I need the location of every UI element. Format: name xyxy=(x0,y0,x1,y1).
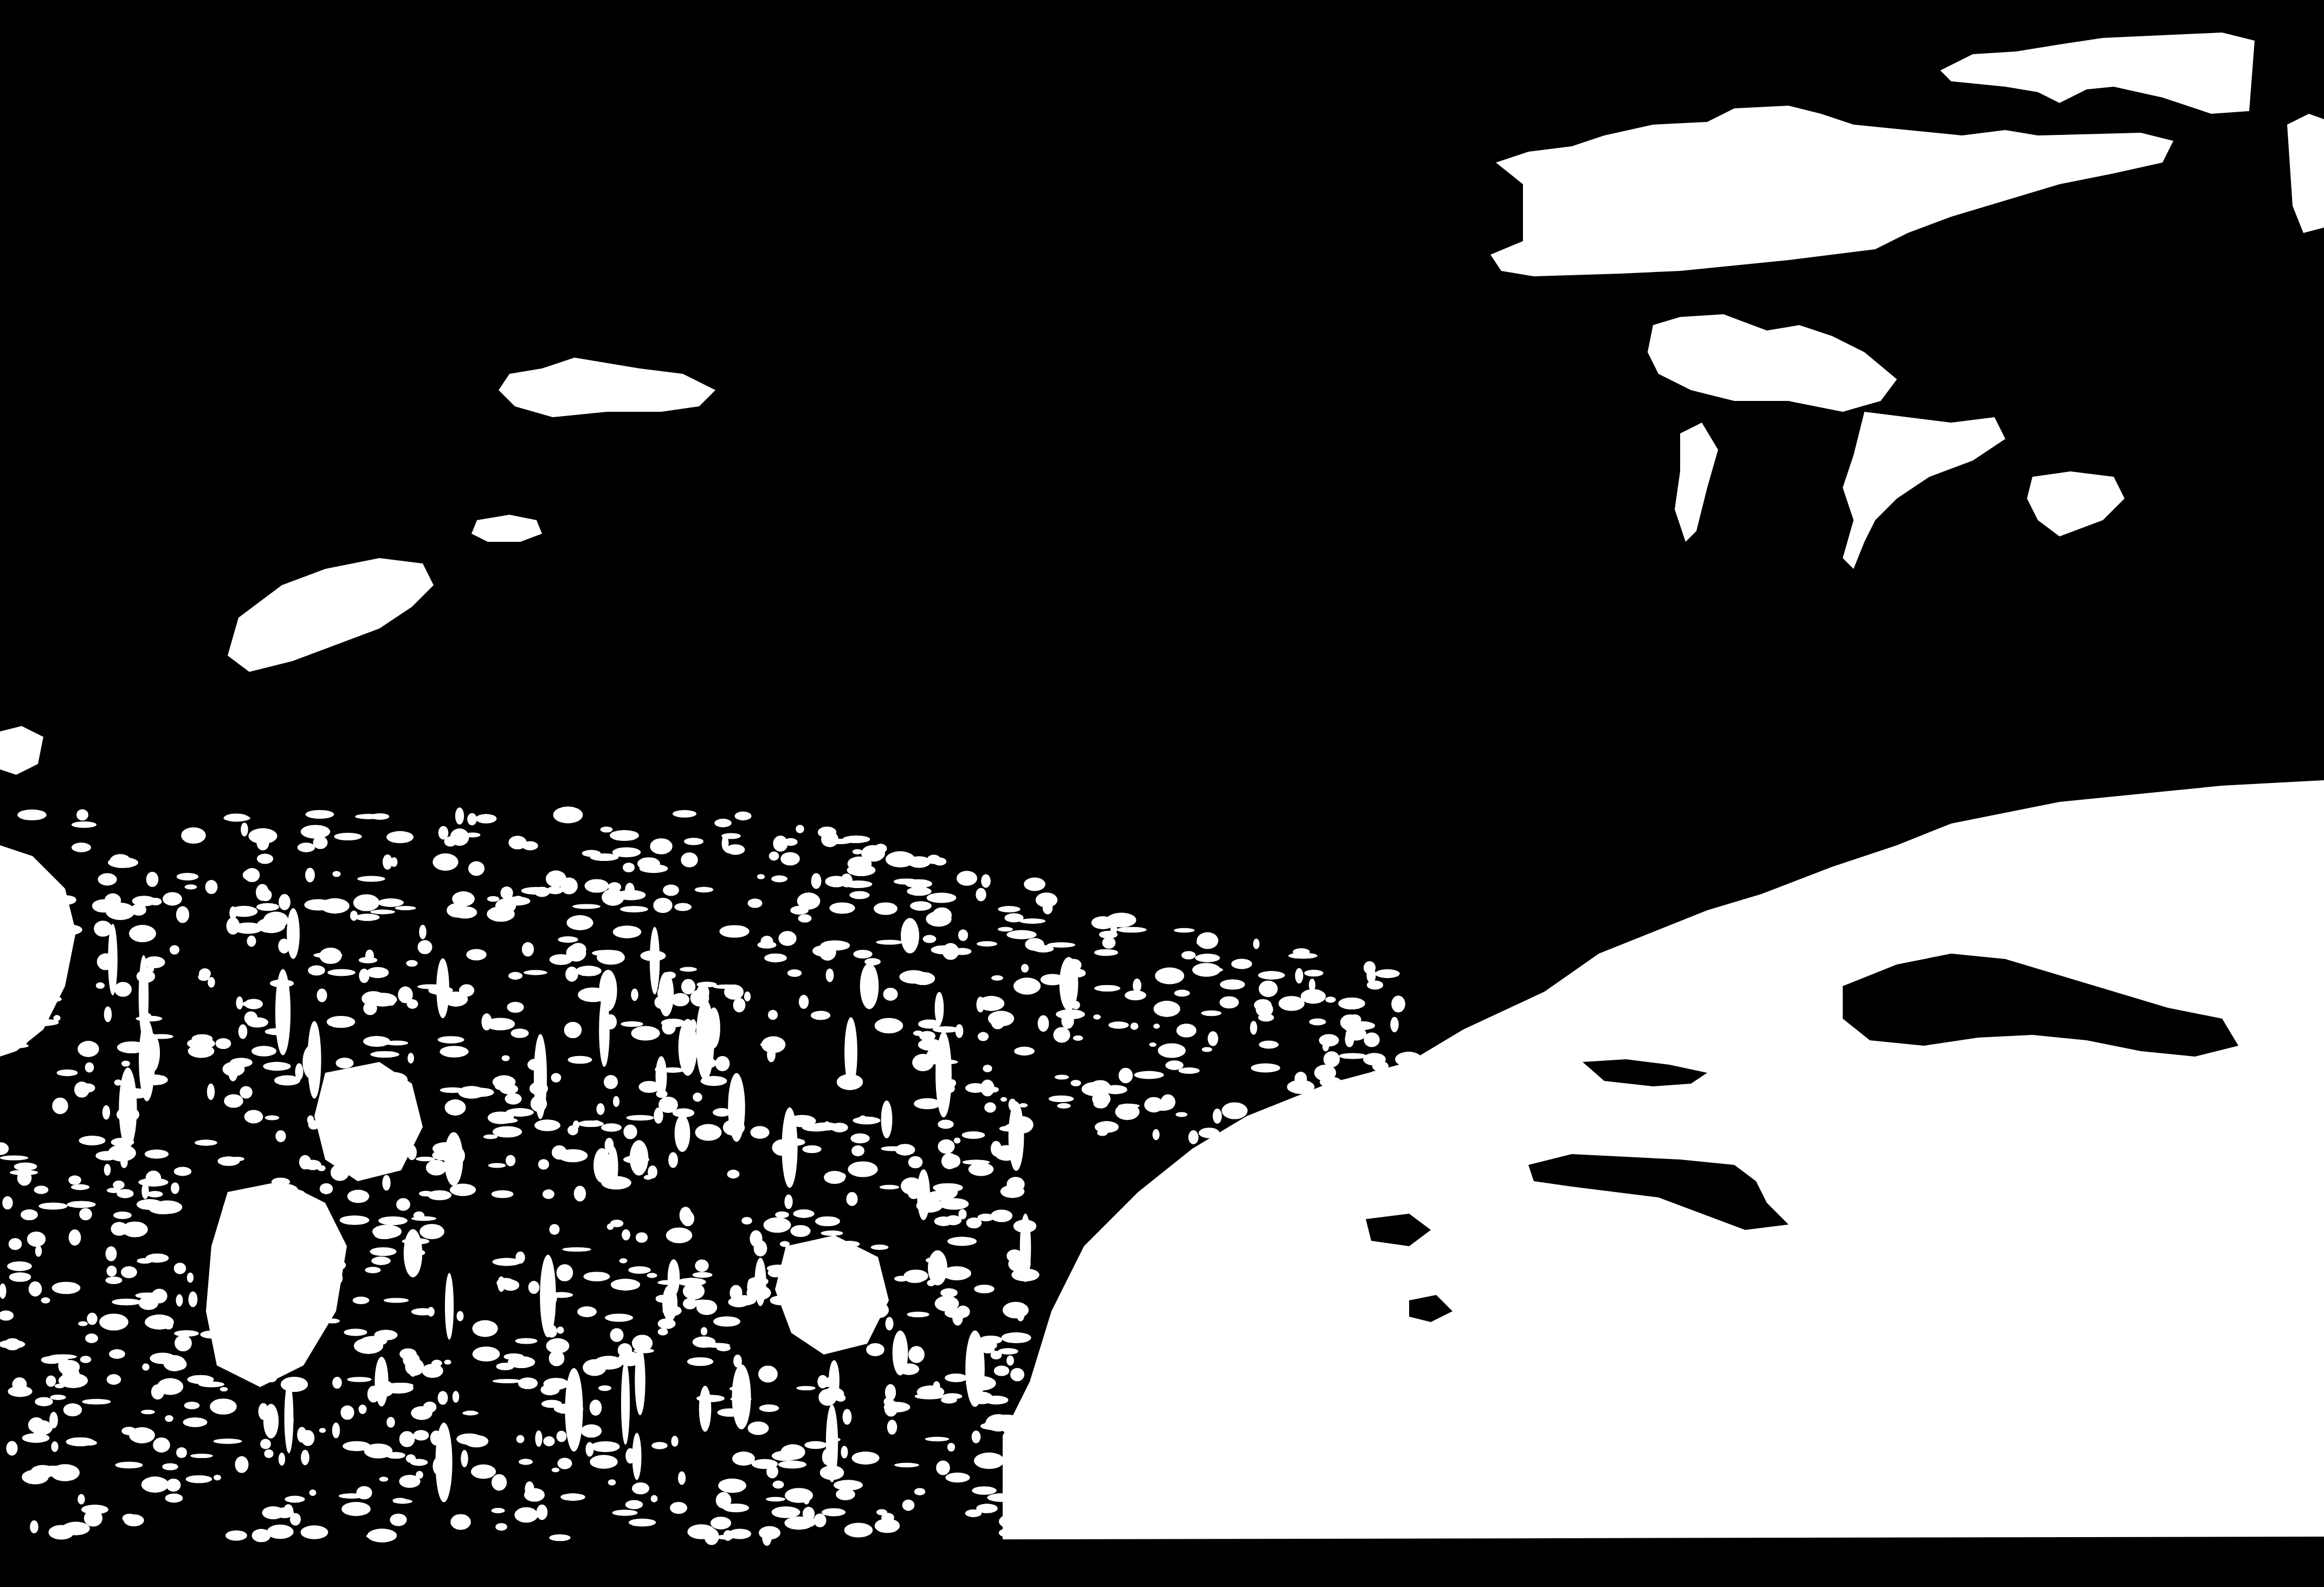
photo-canvas xyxy=(0,0,2324,1587)
binarized-photo: High-contrast black-and-white thresholde… xyxy=(0,0,2324,1587)
